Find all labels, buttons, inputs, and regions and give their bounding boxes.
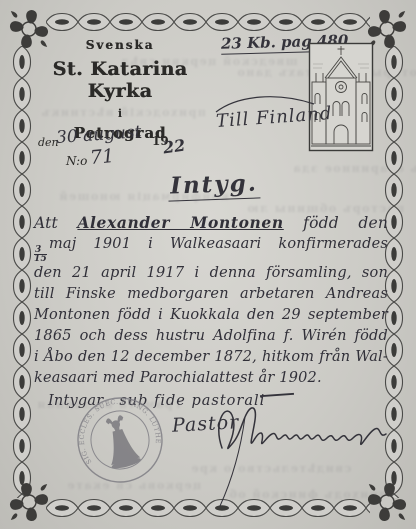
- fraction-denominator: 15: [34, 255, 47, 263]
- body-line: Montonen född i Kuokkala den 29 septembe…: [34, 305, 388, 326]
- signature-flourish: [208, 396, 394, 512]
- body-line: till Finske medborgaren arbetaren Andrea…: [34, 284, 388, 305]
- number-label: N:o: [66, 154, 87, 168]
- letterhead-line-i: i: [26, 107, 214, 120]
- body-line: 315maj 1901 i Walkeasaari konfirmerades: [34, 234, 388, 263]
- year-handwritten: 22: [162, 136, 187, 158]
- body-text-run: född den: [284, 214, 388, 232]
- border-top: [46, 12, 370, 32]
- date-fraction: 315: [34, 246, 47, 263]
- body-text: Att Alexander Montonen född den 315maj 1…: [34, 212, 388, 412]
- document-title: Intyg.: [168, 169, 261, 201]
- person-name: Alexander Montonen: [77, 213, 283, 232]
- letterhead-church-name: St. Katarina Kyrka: [26, 58, 214, 102]
- corner-ornament-bottom-left: [4, 477, 54, 527]
- body-text-run: maj 1901 i Walkeasaari konfirmerades: [49, 236, 388, 252]
- body-text-run: Att: [34, 214, 77, 232]
- scanned-certificate-page: которыхъ газетахъ дано приходскій вѣстни…: [0, 0, 416, 529]
- seal-figure: [99, 413, 141, 471]
- body-line: den 21 april 1917 i denna församling, so…: [34, 263, 388, 284]
- number-handwritten: 71: [89, 145, 115, 169]
- body-line: Att Alexander Montonen född den: [34, 212, 388, 234]
- body-line: 1865 och dess hustru Adolfina f. Wirén f…: [34, 326, 388, 347]
- body-line: i Åbo den 12 december 1872, hitkom från …: [34, 347, 388, 368]
- body-line: keasaari med Parochialattest år 1902.: [34, 368, 388, 389]
- letterhead-line-svenska: Svenska: [26, 38, 214, 52]
